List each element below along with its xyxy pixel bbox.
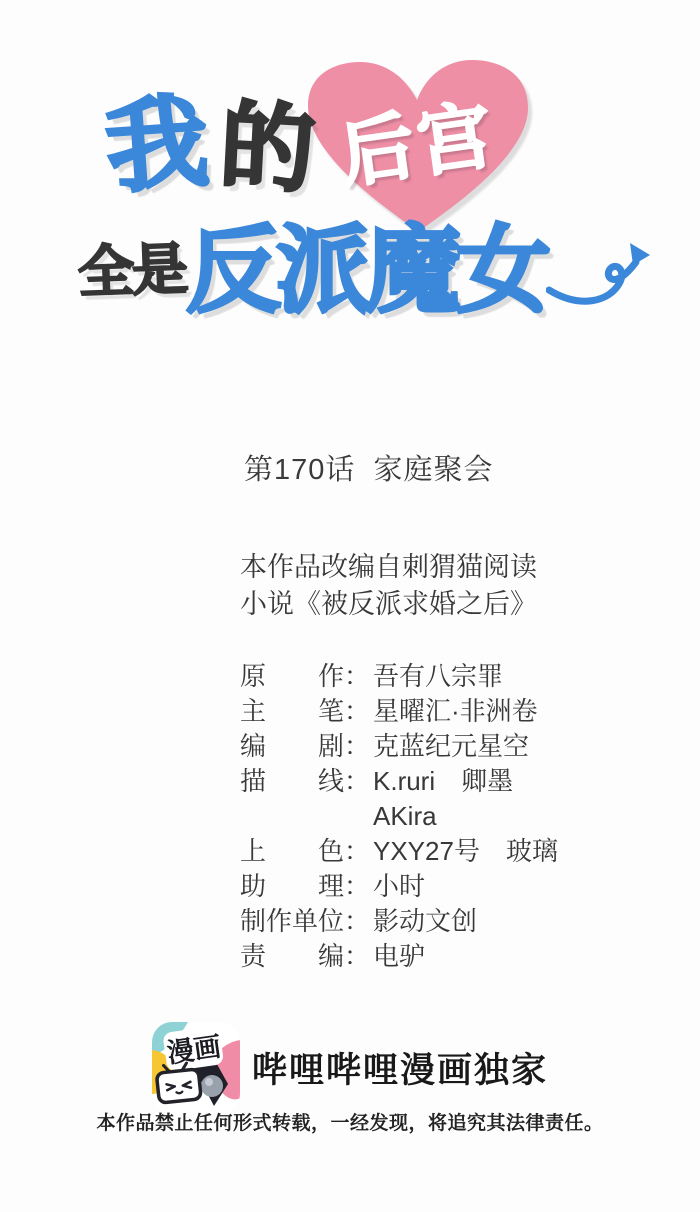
credit-colon: ： [344,659,370,694]
credits-list: 原作：吾有八宗罪 主笔：星曜汇·非洲卷 编剧：克蓝纪元星空 描线：K.ruri … [240,659,558,974]
credit-colon: ： [344,764,370,799]
title-logo: 我 的 后宫 全是 反派魔女 [0,0,700,380]
credit-colon: ： [344,729,370,764]
credit-colon: ： [344,834,370,869]
credit-colon [344,799,370,834]
credit-value: 克蓝纪元星空 [373,729,529,764]
credit-value: 小时 [373,869,425,904]
copyright-disclaimer: 本作品禁止任何形式转载，一经发现，将追究其法律责任。 [0,1108,700,1135]
credit-row-line-artist: 描线：K.ruri 卿墨 [240,764,558,799]
adaptation-line2: 小说《被反派求婚之后》 [240,586,537,623]
credit-label: 助理 [240,869,344,904]
title-line2-main: 反派魔女 [186,224,546,319]
credit-value: K.ruri 卿墨 [373,764,513,799]
credit-colon: ： [344,904,370,939]
credit-label: 责编 [240,939,344,974]
heart-shape: 后宫 [298,56,538,244]
credit-label: 编剧 [240,729,344,764]
credit-colon: ： [344,939,370,974]
credit-value: 电驴 [373,939,425,974]
credit-row-line-artist-cont: AKira [240,799,558,834]
credit-value: YXY27号 玻璃 [373,834,558,869]
devil-tail-icon [546,232,656,317]
credit-label: 描线 [240,764,344,799]
credit-colon: ： [344,694,370,729]
adaptation-line1: 本作品改编自刺猬猫阅读 [240,549,537,586]
title-line2-prefix: 全是 [77,241,187,301]
credit-value: 影动文创 [373,904,477,939]
credit-row-screenwriter: 编剧：克蓝纪元星空 [240,729,558,764]
adaptation-note: 本作品改编自刺猬猫阅读 小说《被反派求婚之后》 [240,549,537,623]
credit-label [240,799,344,834]
credit-row-lead-artist: 主笔：星曜汇·非洲卷 [240,694,558,729]
credit-row-editor: 责编：电驴 [240,939,558,974]
credit-label: 原作 [240,659,344,694]
credit-value: 吾有八宗罪 [373,659,503,694]
credit-row-assistant: 助理：小时 [240,869,558,904]
credit-label: 主笔 [240,694,344,729]
credit-label: 制作单位 [240,904,344,939]
credit-row-original-author: 原作：吾有八宗罪 [240,659,558,694]
bilibili-manga-logo-icon: 漫画 [152,1022,240,1114]
title-char-wo: 我 [103,91,212,200]
credit-colon: ： [344,869,370,904]
credit-value: AKira [373,799,437,834]
credit-row-production-studio: 制作单位：影动文创 [240,904,558,939]
manga-chapter-title-page: 我 的 后宫 全是 反派魔女 第170话 家庭聚会 本作品改编自刺猬猫阅读 小说… [0,0,700,1212]
credit-row-colorist: 上色：YXY27号 玻璃 [240,834,558,869]
credit-value: 星曜汇·非洲卷 [373,694,538,729]
title-char-de: 的 [218,100,318,200]
publisher-row: 漫画 哔哩哔哩漫画独家 [0,1022,700,1114]
exclusive-text: 哔哩哔哩漫画独家 [252,1043,548,1093]
chapter-title: 第170话 家庭聚会 [244,447,494,488]
credit-label: 上色 [240,834,344,869]
